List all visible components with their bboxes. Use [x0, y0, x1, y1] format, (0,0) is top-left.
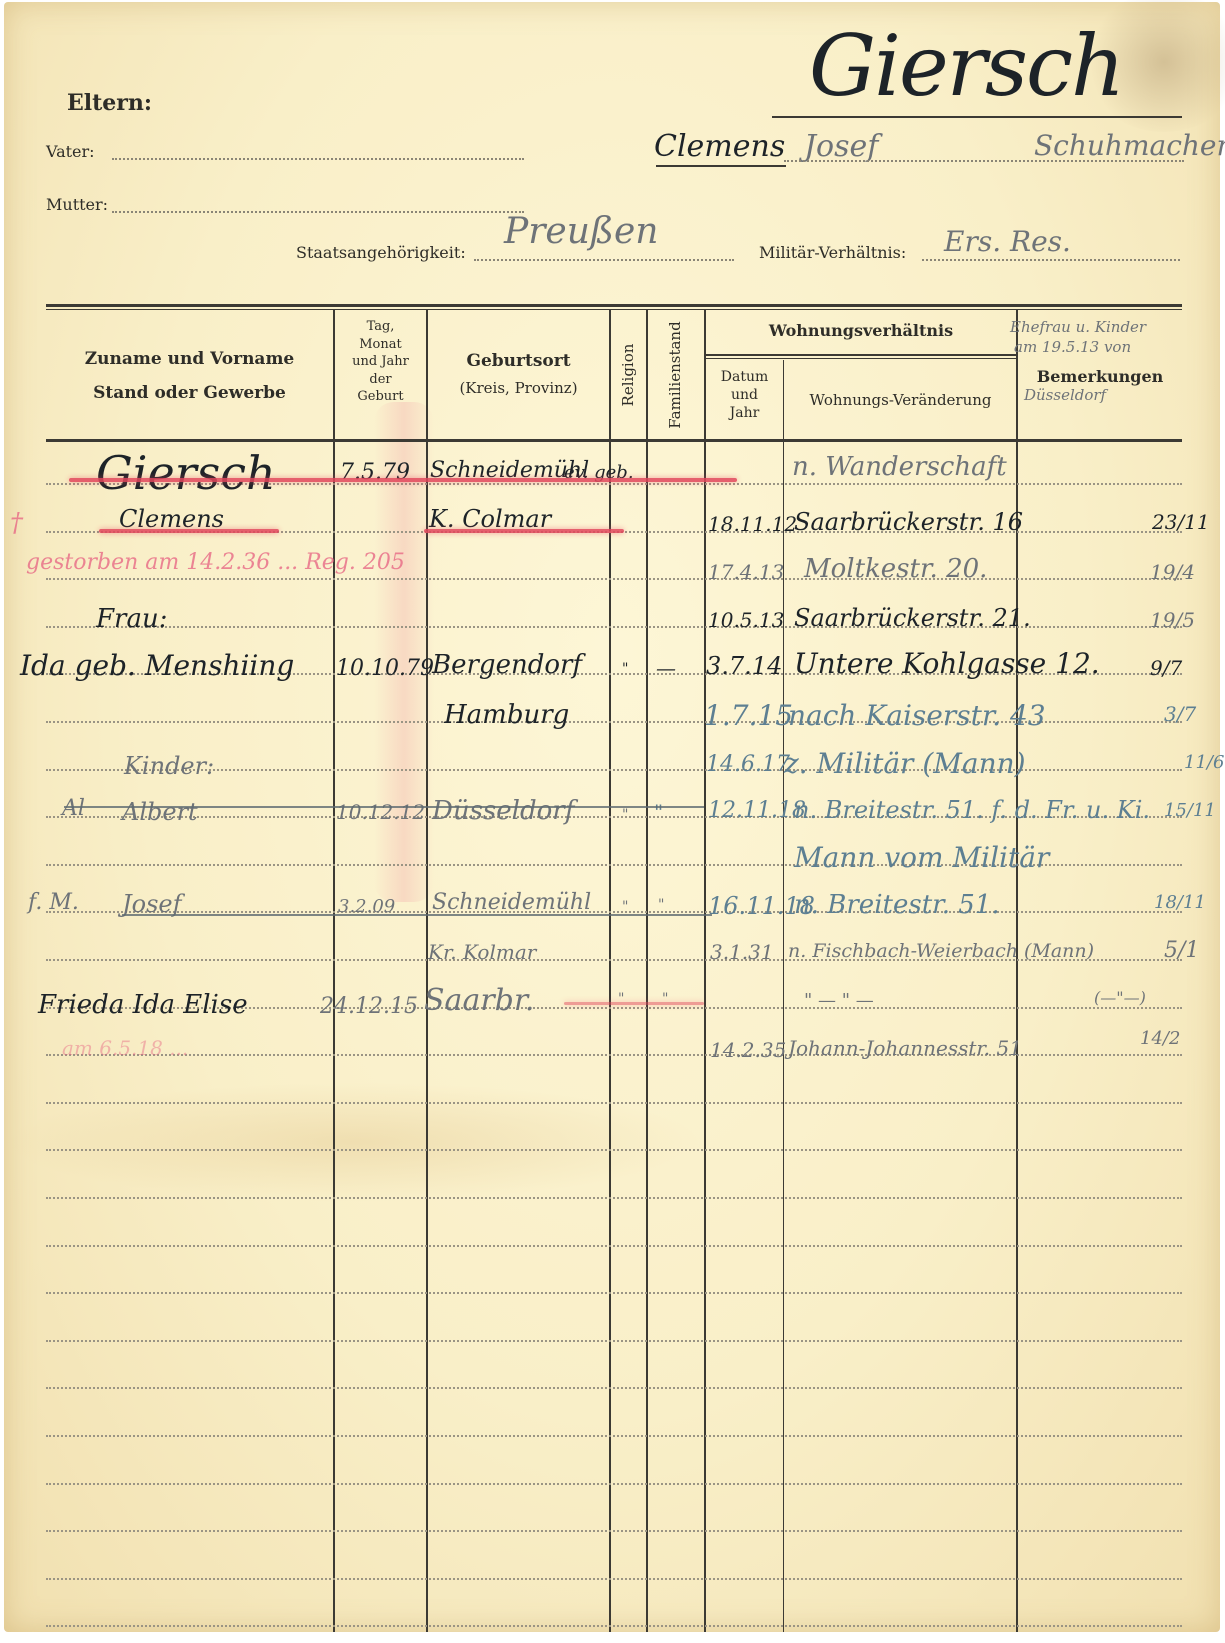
row-4-birthdate: 10.10.79: [336, 658, 434, 680]
row-7-remark: 15/11: [1164, 802, 1216, 820]
col-divider-birthdate: [333, 310, 335, 1632]
row-7-birthplace: Düsseldorf: [432, 798, 574, 824]
registration-card: Eltern: Vater: Mutter: Staatsangehörigke…: [4, 2, 1220, 1632]
father-first-name: Clemens: [654, 132, 785, 162]
row-11-birthdate: 24.12.15: [320, 996, 418, 1018]
row-1-name: Clemens: [119, 507, 224, 531]
header-birthplace-sub: (Kreis, Provinz): [428, 378, 609, 398]
col-divider-birthplace: [426, 310, 428, 1632]
row-2-remark: 19/4: [1150, 562, 1195, 582]
row-5-residence-date: 1.7.15: [704, 702, 793, 730]
col-divider-residence-date: [704, 310, 706, 1632]
header-residence-change: Wohnungs-Veränderung: [785, 390, 1016, 410]
header-residence-date-l1: Datum: [706, 368, 783, 386]
row-1-residence-date: 18.11.12: [708, 514, 797, 534]
row-9-marital: ": [658, 898, 664, 912]
mother-dotted-line: [112, 211, 524, 213]
row-5-residence-change: nach Kaiserstr. 43: [788, 702, 1046, 730]
row-6-remark: 11/6: [1184, 754, 1224, 772]
header-birthdate-l4: der: [335, 371, 426, 389]
table-header-bottom-rule: [46, 439, 1182, 442]
header-residence-date-l2: und: [706, 386, 783, 404]
row-11-red-mark: [564, 1002, 704, 1005]
header-religion: Religion: [619, 325, 637, 425]
citizenship-value: Preußen: [504, 214, 658, 250]
dotted-row-line: [46, 1340, 1182, 1342]
table-top-rule-thin: [46, 309, 1182, 310]
dotted-row-line: [46, 1387, 1182, 1389]
row-11-remark: (—"—): [1094, 990, 1146, 1006]
row-7-name: Albert: [122, 800, 198, 824]
header-birthdate-l5: Geburt: [335, 388, 426, 406]
header-remarks: Bemerkungen: [1018, 366, 1182, 388]
row-6-residence-change: z. Militär (Mann): [784, 750, 1026, 778]
header-name: Zuname und Vorname Stand oder Gewerbe: [46, 342, 333, 410]
dotted-row-line: [46, 1292, 1182, 1294]
residence-group-rule-thin: [704, 358, 1016, 359]
header-residence-group: Wohnungsverhältnis: [706, 320, 1016, 342]
dotted-row-line: [46, 1483, 1182, 1485]
row-3-residence-change: Saarbrückerstr. 21.: [794, 606, 1031, 630]
row-9-birthplace: Schneidemühl: [432, 892, 591, 914]
row-1-remark: 23/11: [1152, 512, 1210, 532]
row-9-residence-change: n. Breitestr. 51.: [794, 892, 1000, 918]
row-9-remark: 18/11: [1154, 894, 1206, 912]
row-12-remark: 14/2: [1140, 1030, 1180, 1048]
dotted-row-line: [46, 1530, 1182, 1532]
dotted-row-line: [46, 1197, 1182, 1199]
header-birthdate-l1: Tag,: [335, 318, 426, 336]
row-11-residence-change: " — " —: [804, 992, 874, 1010]
residence-group-rule: [704, 354, 1016, 356]
row-12-residence-date: 14.2.35: [710, 1040, 786, 1060]
father-middle-name: Josef: [804, 132, 878, 162]
row-0-residence-change: n. Wanderschaft: [792, 454, 1007, 480]
row-9-name: Josef: [122, 892, 181, 916]
header-birthplace-title: Geburtsort: [428, 344, 609, 378]
row-7-strike: [64, 806, 704, 808]
header-birthdate-l3: und Jahr: [335, 353, 426, 371]
row-4-name: Ida geb. Menshiing: [20, 652, 294, 680]
row-2-death-note: gestorben am 14.2.36 ... Reg. 205: [26, 552, 405, 574]
row-3-residence-date: 10.5.13: [708, 610, 784, 630]
row-9-strike: [122, 914, 712, 916]
row-12-residence-change: Johann-Johannesstr. 51: [788, 1038, 1022, 1058]
row-10-residence-change: n. Fischbach-Weierbach (Mann): [788, 942, 1094, 961]
row-7-residence-date: 12.11.18: [708, 800, 806, 822]
row-7-religion: ": [622, 808, 628, 822]
header-birthdate-l2: Monat: [335, 336, 426, 354]
dotted-row-line: [46, 1245, 1182, 1247]
dotted-row-line: [46, 1578, 1182, 1580]
row-2-residence-date: 17.4.13: [708, 562, 784, 582]
col-divider-religion: [609, 310, 611, 1632]
military-label: Militär-Verhältnis:: [759, 243, 906, 262]
row-9-religion: ": [622, 900, 628, 914]
remarks-note-line2: am 19.5.13 von: [1014, 340, 1131, 355]
row-2-residence-change: Moltkestr. 20.: [804, 556, 987, 582]
stain: [4, 1082, 704, 1202]
row-12-note: am 6.5.18 ...: [62, 1038, 188, 1058]
row-4-religion: ": [622, 662, 628, 676]
father-label: Vater:: [46, 142, 95, 161]
row-3-name: Frau:: [96, 606, 167, 632]
header-name-line2: Stand oder Gewerbe: [46, 376, 333, 410]
header-residence-date: Datum und Jahr: [706, 368, 783, 423]
row-5-birthplace: Hamburg: [444, 702, 569, 728]
citizenship-dotted-line: [474, 259, 734, 261]
dotted-row-line: [46, 1625, 1182, 1627]
row-10-remark: 5/1: [1164, 940, 1199, 962]
row-9-prefix: f. M.: [28, 892, 79, 914]
dotted-row-line: [46, 578, 1182, 580]
row-1-birthplace: K. Colmar: [429, 507, 551, 531]
dotted-row-line: [46, 1149, 1182, 1151]
row-1-residence-change: Saarbrückerstr. 16: [794, 510, 1023, 534]
row-6-name: Kinder:: [124, 754, 214, 778]
margin-note-cross: †: [10, 510, 23, 536]
first-name-underline: [656, 165, 786, 167]
mother-label: Mutter:: [46, 195, 108, 214]
military-value: Ers. Res.: [944, 228, 1071, 256]
row-5-remark: 3/7: [1164, 704, 1196, 724]
parents-heading: Eltern:: [67, 90, 152, 116]
row-7-birthdate: 10.12.12: [336, 802, 425, 822]
row-4-residence-change: Untere Kohlgasse 12.: [794, 650, 1100, 678]
table-top-rule: [46, 304, 1182, 307]
row-11-birthplace: Saarbr.: [424, 986, 534, 1016]
military-dotted-line: [922, 259, 1180, 261]
row-1-strike-name: [99, 529, 279, 533]
row-3-remark: 19/5: [1150, 610, 1195, 630]
surname-handwritten: Giersch: [809, 24, 1123, 108]
row-10-residence-date: 3.1.31: [710, 942, 774, 962]
row-1-strike-place: [424, 529, 624, 533]
row-4-marital: —: [656, 658, 676, 678]
citizenship-label: Staatsangehörigkeit:: [296, 243, 466, 262]
row-0-strike: [69, 478, 737, 482]
header-birthplace: Geburtsort (Kreis, Provinz): [428, 344, 609, 398]
row-0-name: Giersch: [96, 450, 276, 496]
dotted-row-line: [46, 911, 1182, 913]
header-name-line1: Zuname und Vorname: [46, 342, 333, 376]
row-4-residence-date: 3.7.14: [706, 654, 782, 678]
row-7-prefix: Al: [62, 798, 85, 820]
row-8-residence-change: Mann vom Militär: [794, 844, 1049, 872]
row-7-marital: ": [654, 802, 663, 822]
dotted-row-line: [46, 1102, 1182, 1104]
row-4-birthplace: Bergendorf: [432, 652, 582, 678]
col-divider-marital: [646, 310, 648, 1632]
row-10-birthplace: Kr. Kolmar: [428, 942, 536, 962]
row-6-residence-date: 14.6.17: [706, 754, 790, 776]
header-residence-date-l3: Jahr: [706, 404, 783, 422]
col-divider-residence-change: [783, 360, 784, 1632]
father-entry-dotted-line: [784, 160, 1184, 162]
dotted-row-line: [46, 1435, 1182, 1437]
remarks-note-line1: Ehefrau u. Kinder: [1010, 320, 1146, 335]
row-4-remark: 9/7: [1150, 658, 1182, 678]
header-marital-status: Familienstand: [666, 320, 684, 430]
remarks-note-line3: Düsseldorf: [1024, 388, 1106, 403]
row-11-name: Frieda Ida Elise: [38, 992, 248, 1018]
row-7-residence-change: n. Breitestr. 51. f. d. Fr. u. Ki.: [794, 798, 1150, 822]
header-birthdate: Tag, Monat und Jahr der Geburt: [335, 318, 426, 406]
surname-underline: [772, 116, 1182, 118]
father-dotted-line: [112, 158, 524, 160]
father-occupation: Schuhmacher: [1034, 132, 1225, 160]
